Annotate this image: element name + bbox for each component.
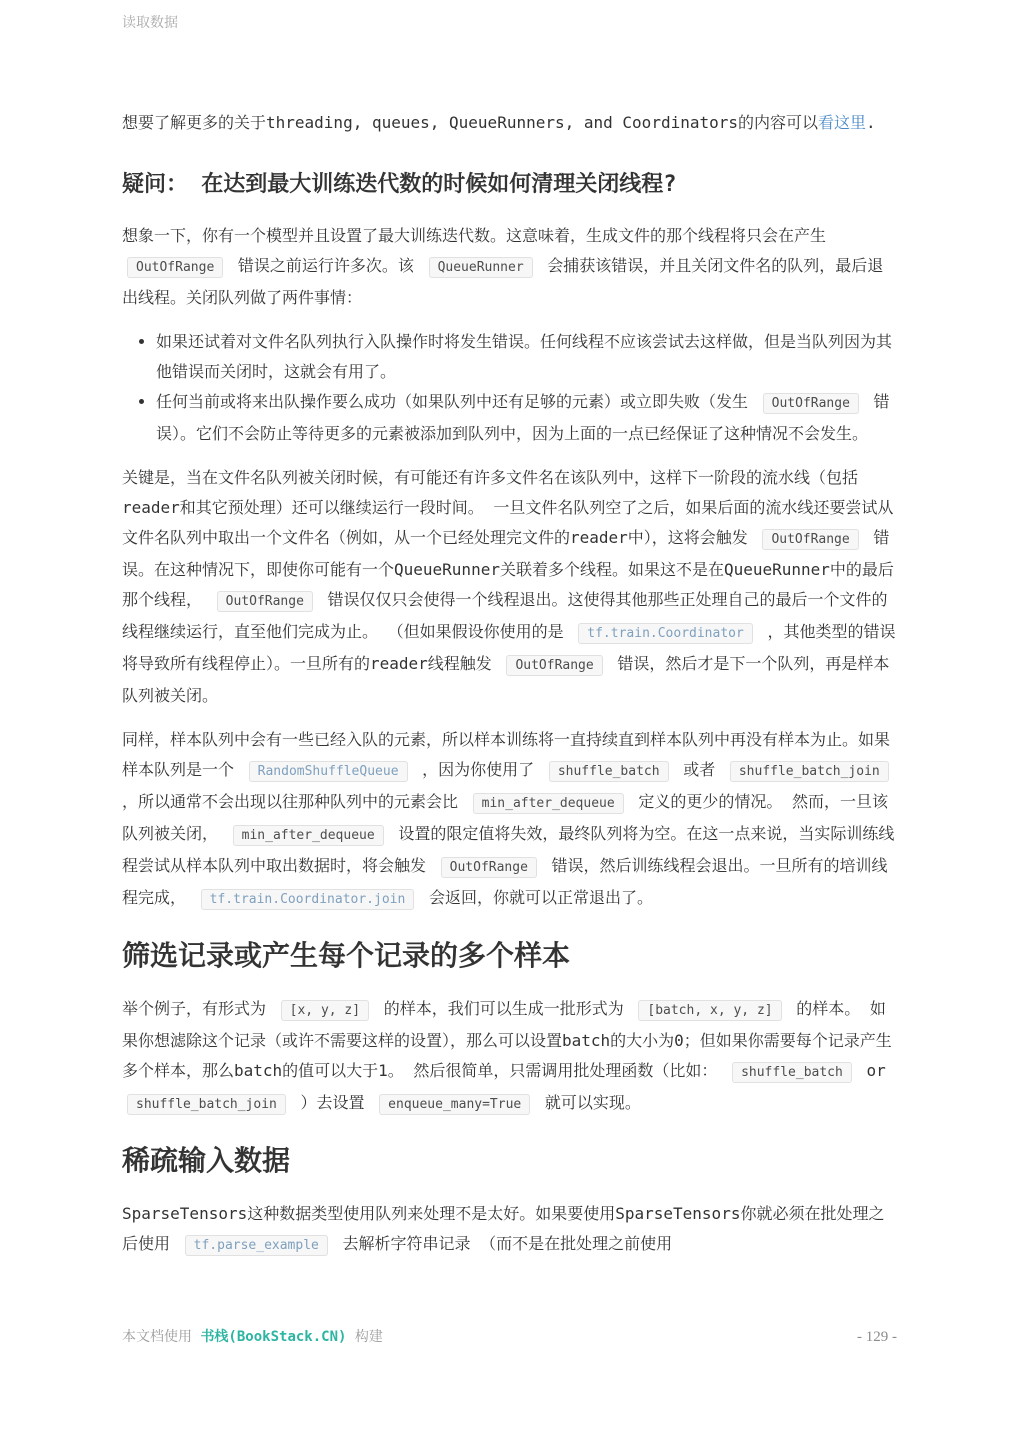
section-heading: 筛选记录或产生每个记录的多个样本	[122, 935, 897, 976]
inline-code: min_after_dequeue	[473, 793, 624, 814]
inline-code: shuffle_batch_join	[730, 761, 889, 782]
text-run: ，所以通常不会出现以往那种队列中的元素会比	[122, 792, 468, 811]
text-run: 去解析字符串记录 （而不是在批处理之前使用	[333, 1234, 672, 1253]
inline-code: OutOfRange	[763, 393, 859, 414]
inline-code: OutOfRange	[762, 529, 858, 550]
section-heading: 稀疏输入数据	[122, 1140, 897, 1181]
inline-code-link[interactable]: RandomShuffleQueue	[249, 761, 408, 782]
text-run: 的样本，我们可以生成一批形式为	[374, 999, 633, 1018]
inline-code: OutOfRange	[441, 857, 537, 878]
text-run: 举个例子，有形式为	[122, 999, 276, 1018]
inline-code: OutOfRange	[217, 591, 313, 612]
text-run: or	[857, 1061, 886, 1080]
page-number: - 129 -	[857, 1329, 897, 1346]
inline-code-link[interactable]: tf.parse_example	[185, 1235, 328, 1256]
paragraph: 想象一下，你有一个模型并且设置了最大训练迭代数。这意味着，生成文件的那个线程将只…	[122, 221, 897, 313]
page-footer: 本文档使用 书栈(BookStack.CN) 构建 - 129 -	[122, 1326, 897, 1346]
text-run: 或者	[674, 760, 725, 779]
inline-code: QueueRunner	[429, 257, 533, 278]
inline-code: [x, y, z]	[281, 1000, 369, 1021]
bookstack-brand-link[interactable]: 书栈(BookStack.CN)	[200, 1329, 346, 1345]
paragraph: 同样，样本队列中会有一些已经入队的元素，所以样本训练将一直持续直到样本队列中再没…	[122, 725, 897, 915]
inline-code: min_after_dequeue	[233, 825, 384, 846]
inline-code: [batch, x, y, z]	[638, 1000, 781, 1021]
inline-code: OutOfRange	[506, 655, 602, 676]
inline-code: enqueue_many=True	[379, 1094, 530, 1115]
text-run: 任何当前或将来出队操作要么成功（如果队列中还有足够的元素）或立即失败（发生	[156, 392, 758, 411]
inline-code: OutOfRange	[127, 257, 223, 278]
inline-code: shuffle_batch_join	[127, 1094, 286, 1115]
text-run: ）去设置	[291, 1093, 374, 1112]
paragraph: SparseTensors这种数据类型使用队列来处理不是太好。如果要使用Spar…	[122, 1199, 897, 1261]
paragraph: 举个例子，有形式为 [x, y, z] 的样本，我们可以生成一批形式为 [bat…	[122, 994, 897, 1120]
bullet-list: 如果还试着对文件名队列执行入队操作时将发生错误。任何线程不应该尝试去这样做，但是…	[122, 327, 897, 449]
inline-code-link[interactable]: tf.train.Coordinator.join	[201, 889, 415, 910]
text-run: 错误之前运行许多次。该	[228, 256, 423, 275]
text-run: 就可以实现。	[535, 1093, 641, 1112]
text-run: ，因为你使用了	[413, 760, 544, 779]
text-run: 会返回，你就可以正常退出了。	[419, 888, 653, 907]
list-item: 任何当前或将来出队操作要么成功（如果队列中还有足够的元素）或立即失败（发生 Ou…	[156, 387, 897, 449]
text-run: 想象一下，你有一个模型并且设置了最大训练迭代数。这意味着，生成文件的那个线程将只…	[122, 226, 826, 245]
footer-build-note: 本文档使用 书栈(BookStack.CN) 构建	[122, 1326, 383, 1346]
inline-code: shuffle_batch	[732, 1062, 852, 1083]
list-item: 如果还试着对文件名队列执行入队操作时将发生错误。任何线程不应该尝试去这样做，但是…	[156, 327, 897, 387]
footer-suffix: 构建	[346, 1329, 382, 1345]
text-run: .	[866, 113, 876, 132]
inline-code-link[interactable]: tf.train.Coordinator	[578, 623, 753, 644]
paragraph: 想要了解更多的关于threading, queues, QueueRunners…	[122, 108, 897, 138]
question-heading: 疑问： 在达到最大训练迭代数的时候如何清理关闭线程?	[122, 168, 897, 201]
footer-prefix: 本文档使用	[122, 1329, 200, 1345]
inline-code: shuffle_batch	[549, 761, 669, 782]
inline-link[interactable]: 看这里	[818, 113, 866, 132]
paragraph: 关键是，当在文件名队列被关闭时候，有可能还有许多文件名在该队列中，这样下一阶段的…	[122, 463, 897, 711]
document-page: 读取数据 想要了解更多的关于threading, queues, QueueRu…	[0, 0, 1019, 1440]
text-run: 如果还试着对文件名队列执行入队操作时将发生错误。任何线程不应该尝试去这样做，但是…	[156, 332, 892, 381]
text-run: 想要了解更多的关于threading, queues, QueueRunners…	[122, 113, 818, 132]
content-blocks: 想要了解更多的关于threading, queues, QueueRunners…	[122, 0, 897, 1275]
